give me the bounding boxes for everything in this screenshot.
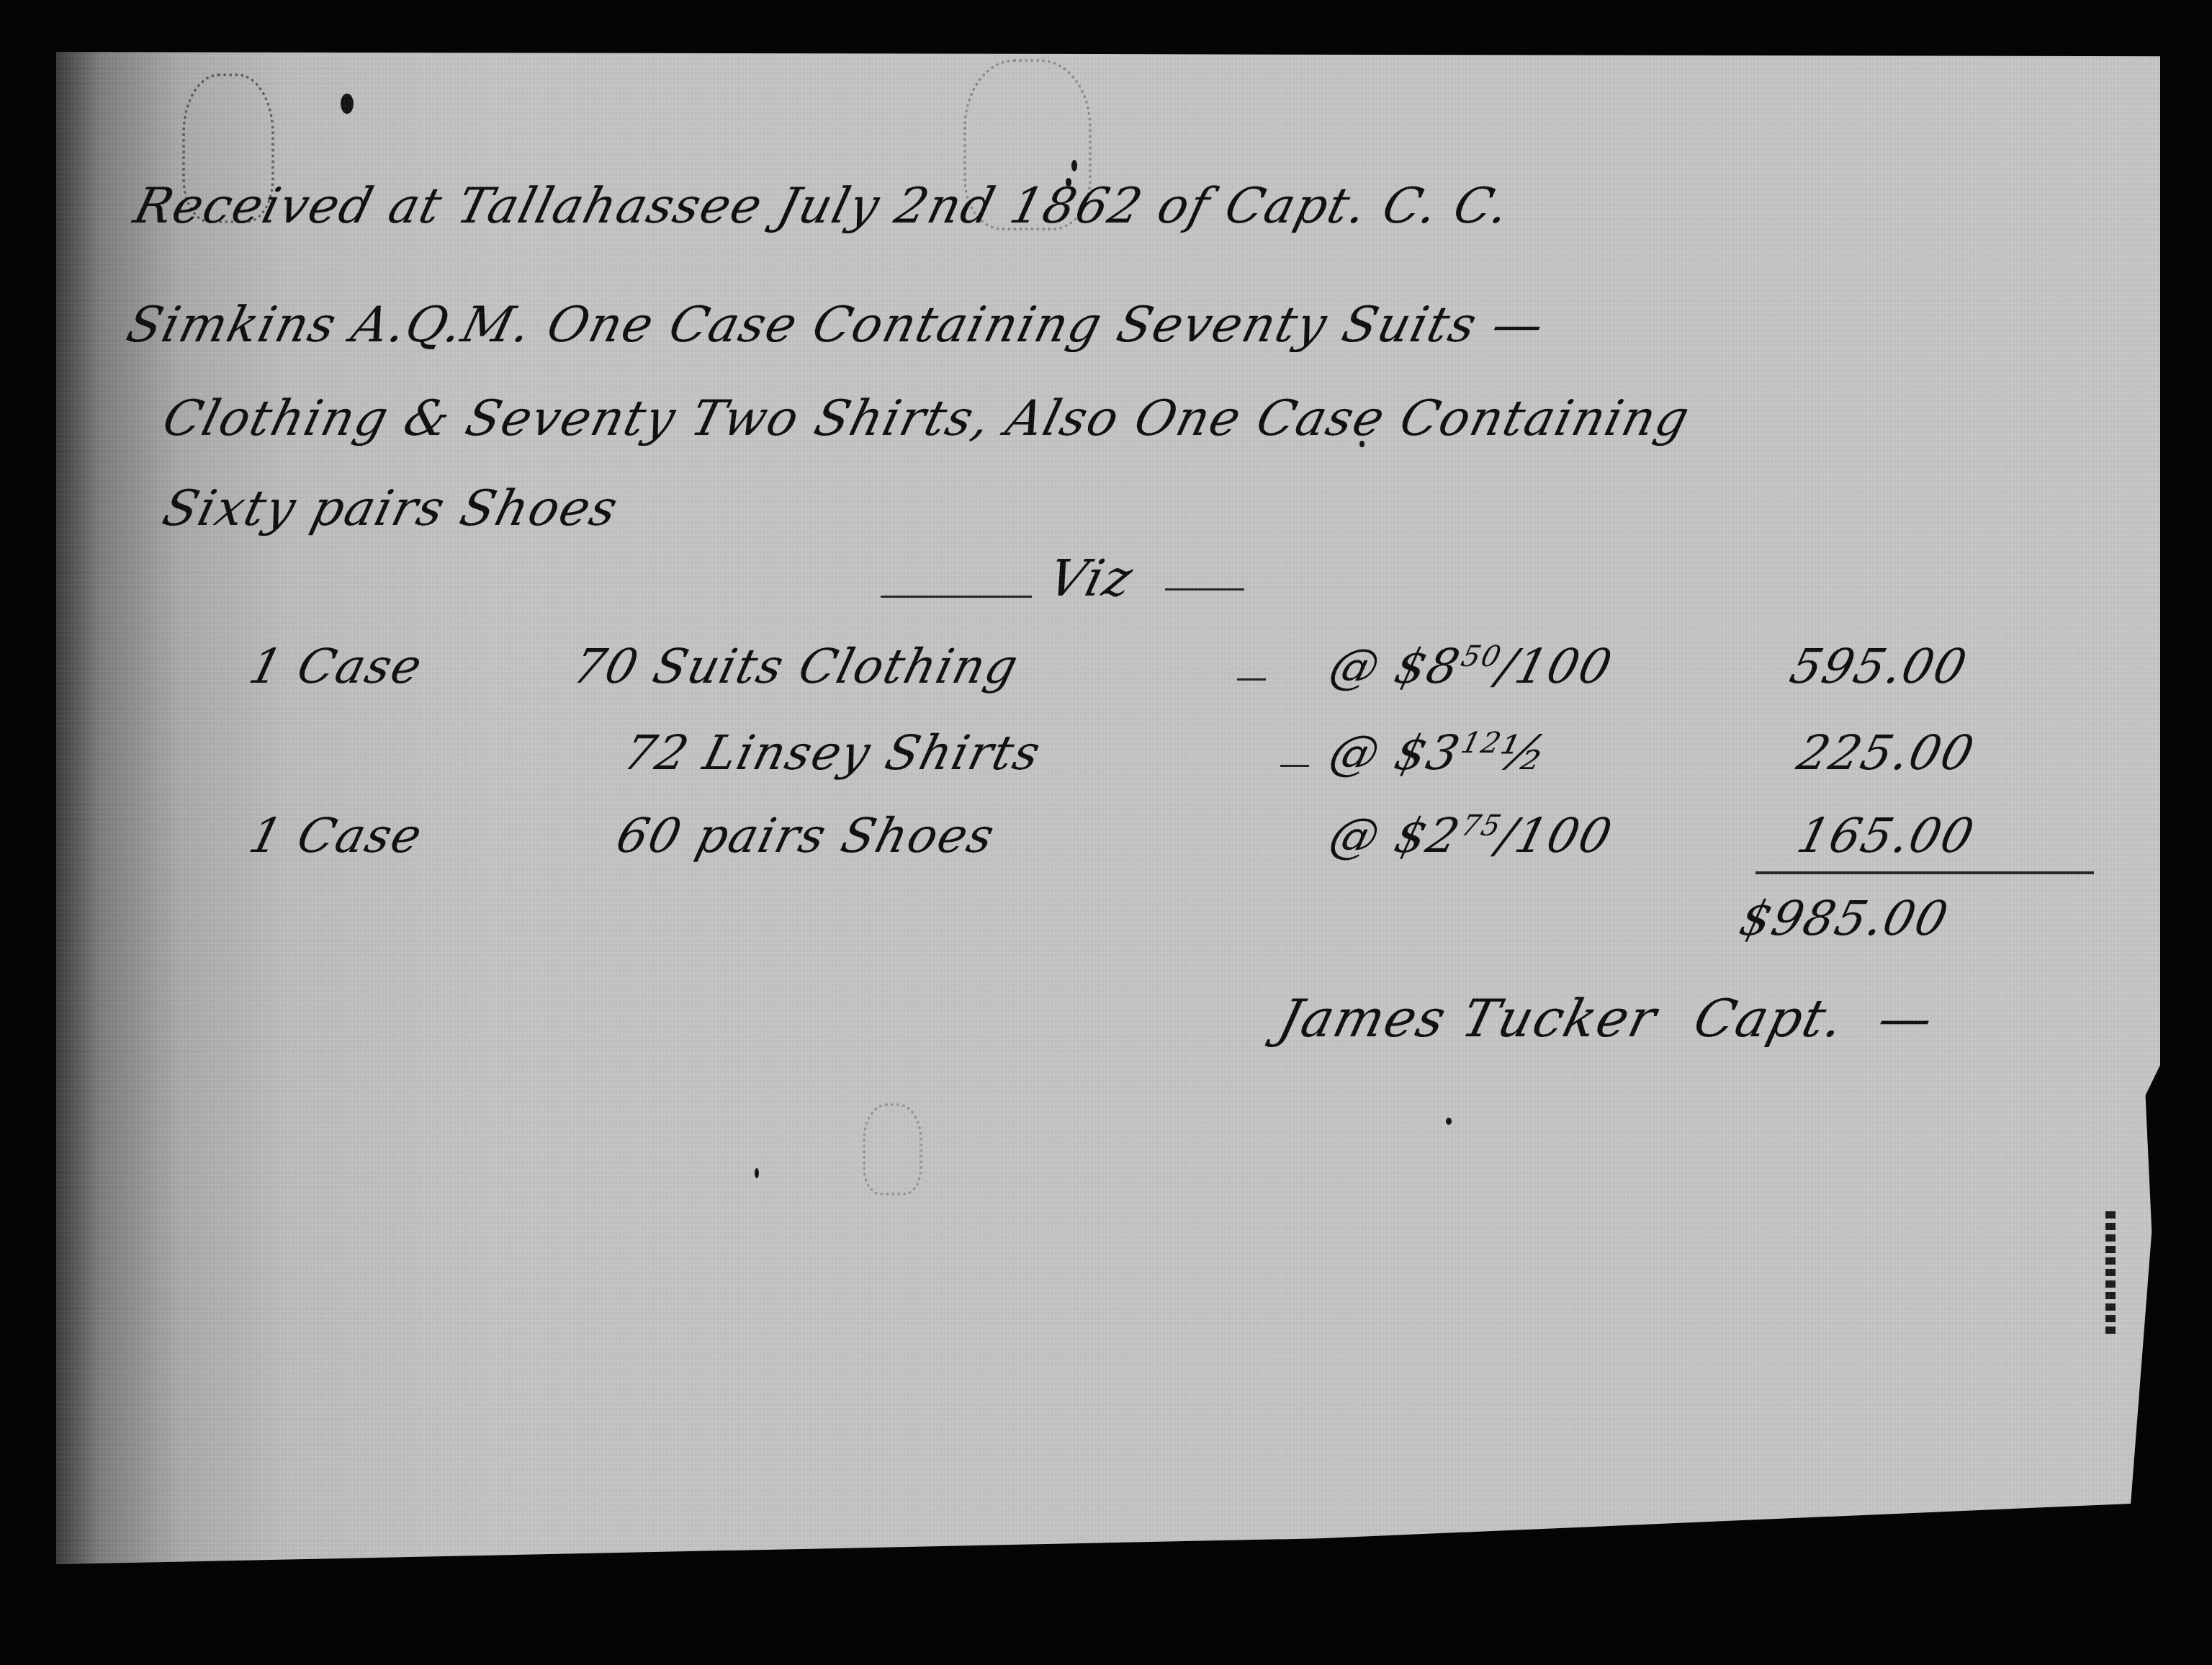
body-line-2: Simkins A.Q.M. One Case Containing Seven… (121, 297, 1551, 354)
body-line-3: Clothing & Seventy Two Shirts, Also One … (157, 390, 1696, 447)
row-1-amount: 595.00 (1784, 639, 1973, 694)
rate-prefix: @ $ (1323, 808, 1434, 863)
ink-speck (755, 1168, 759, 1178)
body-line-1: Received at Tallahassee July 2nd 1862 of… (128, 178, 1516, 235)
row-1-dash (1237, 678, 1266, 681)
ink-speck (341, 94, 354, 114)
total-amount: $985.00 (1734, 891, 1954, 946)
document-paper: Received at Tallahassee July 2nd 1862 of… (56, 52, 2160, 1564)
signature-name: James Tucker (1273, 988, 1664, 1049)
signature-flourish: — (1854, 988, 1941, 1049)
edge-binding-marks (2105, 1211, 2116, 1334)
row-1-description: 70 Suits Clothing (567, 639, 1025, 694)
water-stain-bottom (863, 1103, 922, 1195)
rate-suffix: /100 (1492, 808, 1618, 863)
ink-speck (1446, 1118, 1452, 1125)
rate-suffix: /100 (1492, 639, 1618, 694)
signature-title: Capt. (1688, 988, 1851, 1049)
row-1-rate: @ $850/100 (1323, 639, 1618, 694)
row-3-rate: @ $275/100 (1323, 808, 1618, 863)
row-2-amount: 225.00 (1791, 725, 1980, 781)
row-2-description: 72 Linsey Shirts (618, 725, 1047, 781)
rate-prefix: @ $ (1323, 639, 1434, 694)
viz-rule-right (1165, 588, 1244, 591)
viz-heading: Viz (1043, 549, 1140, 608)
row-3-amount: 165.00 (1791, 808, 1980, 863)
total-underline (1755, 871, 2094, 874)
row-3-description: 60 pairs Shoes (611, 808, 1001, 863)
row-3-container: 1 Case (243, 808, 428, 863)
viz-rule-left (881, 596, 1032, 598)
signature: James Tucker Capt. — (1273, 988, 1941, 1049)
body-line-4: Sixty pairs Shoes (157, 480, 624, 537)
row-1-container: 1 Case (243, 639, 428, 694)
row-2-rate: @ $312½ (1323, 725, 1553, 781)
ink-speck (1071, 160, 1077, 171)
row-2-dash (1280, 765, 1309, 767)
rate-prefix: @ $ (1323, 725, 1434, 781)
